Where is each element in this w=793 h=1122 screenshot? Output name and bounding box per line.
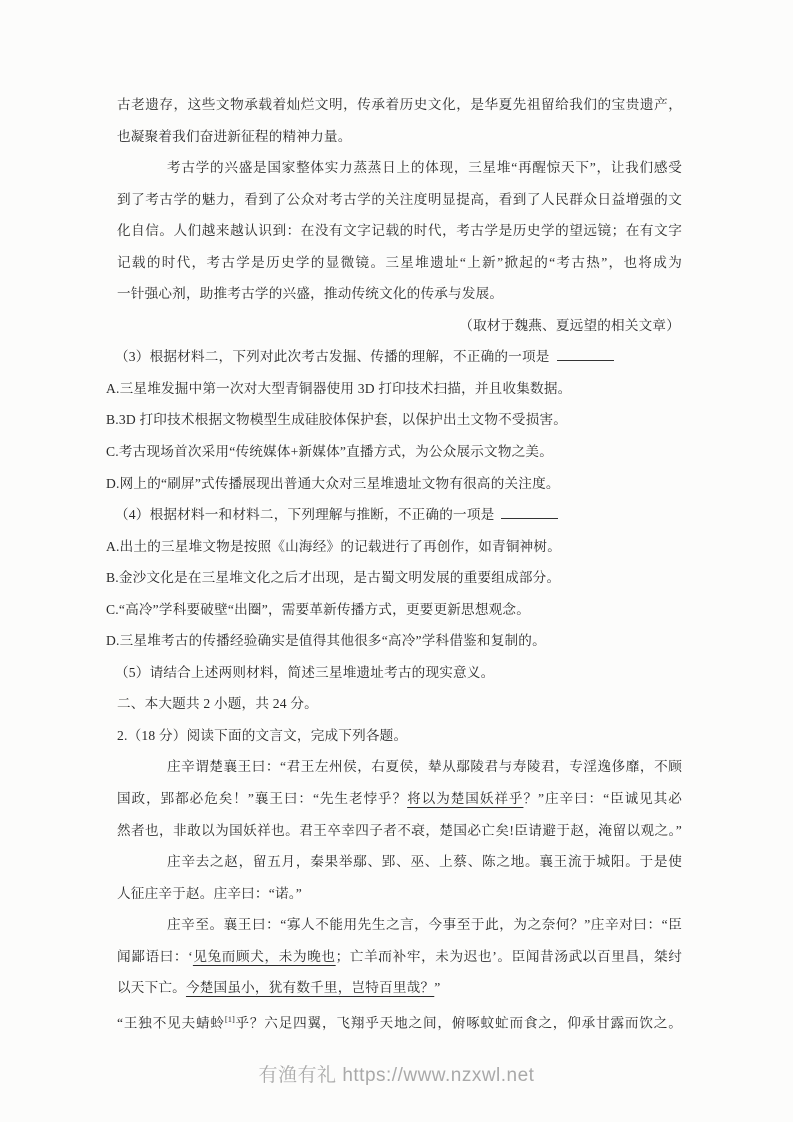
text-line: 古老遗存，这些文物承载着灿烂文明，传承着历史文化，是华夏先祖留给我们的宝贵遗产， — [106, 89, 682, 121]
text-segment: 也凝聚着我们奋进新征程的精神力量。 — [117, 129, 352, 144]
text-segment: 人征庄辛于赵。庄辛曰：“诺。” — [117, 886, 302, 901]
emphasis-dotted-char: 而 — [378, 949, 392, 964]
text-segment: （5）请结合上述两则材料，简述三星堆遗址考古的现实意义。 — [115, 665, 494, 680]
watermark-footer: 有渔有礼 https://www.nzxwl.net — [0, 1060, 793, 1087]
text-segment: （取材于魏燕、夏远望的相关文章） — [459, 318, 680, 333]
text-segment: A.三星堆发掘中第一次对大型青铜器使用 3D 打印技术扫描，并且收集数据。 — [106, 381, 571, 396]
text-segment: ” — [434, 980, 440, 995]
text-segment: 乎？六足四翼，飞翔乎天地之间，俯啄蚊虻而食之，仰承甘露而饮之。 — [235, 1015, 682, 1030]
text-line: 也凝聚着我们奋进新征程的精神力量。 — [106, 121, 682, 153]
underlined-text: 今楚国虽小，犹有数千里，岂特百里哉？ — [186, 980, 434, 995]
watermark-text: 有渔有礼 https://www.nzxwl.net — [259, 1065, 535, 1086]
answer-blank — [501, 504, 558, 519]
text-segment: B.金沙文化是在三星堆文化之后才出现，是古蜀文明发展的重要组成部分。 — [106, 570, 560, 585]
text-line: A.三星堆发掘中第一次对大型青铜器使用 3D 打印技术扫描，并且收集数据。 — [106, 373, 682, 405]
text-line: D.三星堆考古的传播经验确实是值得其他很多“高冷”学科借鉴和复制的。 — [106, 625, 682, 657]
text-segment: （4）根据材料一和材料二，下列理解与推断，不正确的一项是 — [115, 507, 494, 522]
text-line: A.出土的三星堆文物是按照《山海经》的记载进行了再创作，如青铜神树。 — [106, 531, 682, 563]
text-segment: 留以观之。” — [612, 823, 682, 838]
text-line: C.“高冷”学科要破壁“出圈”，需要革新传播方式，更要更新思想观念。 — [106, 594, 682, 626]
underlined-text: 见兔而顾犬，未为晚也 — [193, 949, 336, 964]
answer-blank — [557, 346, 614, 361]
text-segment: 到了考古学的魅力，看到了公众对考古学的关注度明显提高，看到了人民群众日益增强的文 — [117, 192, 682, 207]
text-line: 到了考古学的魅力，看到了公众对考古学的关注度明显提高，看到了人民群众日益增强的文 — [106, 184, 682, 216]
text-line: （5）请结合上述两则材料，简述三星堆遗址考古的现实意义。 — [106, 657, 682, 689]
text-segment: ，楚国必亡矣!臣请避于赵， — [425, 823, 598, 838]
text-segment: D.网上的“刷屏”式传播展现出普通大众对三星堆遗址文物有很高的关注度。 — [106, 476, 560, 491]
text-segment: 以天下亡。 — [117, 980, 186, 995]
text-segment: 闻鄙语曰：‘ — [117, 949, 193, 964]
text-segment: 二、本大题共 2 小题，共 24 分。 — [117, 696, 318, 711]
text-segment: ；亡羊 — [336, 949, 379, 964]
emphasis-dotted-char: 以 — [583, 949, 597, 964]
text-line: 人征庄辛于赵。庄辛曰：“诺。” — [106, 878, 682, 910]
text-segment: 然者也，非敢以为国妖祥也。君王卒幸四子者不 — [117, 823, 411, 838]
text-line: 闻鄙语曰：‘见兔而顾犬，未为晚也；亡羊而补牢，未为迟也’。臣闻昔汤武以百里昌，桀… — [106, 941, 682, 973]
document-lines: 古老遗存，这些文物承载着灿烂文明，传承着历史文化，是华夏先祖留给我们的宝贵遗产，… — [106, 89, 682, 1035]
text-line: C.考古现场首次采用“传统媒体+新媒体”直播方式，为公众展示文物之美。 — [106, 436, 682, 468]
text-segment: A.出土的三星堆文物是按照《山海经》的记载进行了再创作，如青铜神树。 — [106, 539, 561, 554]
text-segment: B.3D 打印技术根据文物模型生成硅胶体保护套，以保护出土文物不受损害。 — [106, 412, 567, 427]
text-segment: （3）根据材料二，下列对此次考古发掘、传播的理解，不正确的一项是 — [115, 349, 550, 364]
text-line: （取材于魏燕、夏远望的相关文章） — [106, 310, 682, 342]
underlined-text: 将以为楚国妖祥乎 — [407, 791, 523, 806]
text-line: 考古学的兴盛是国家整体实力蒸蒸日上的体现，三星堆“再醒惊天下”，让我们感受 — [106, 152, 682, 184]
text-line: 庄辛去之赵，留五月，秦果举鄢、郢、巫、上蔡、陈之地。襄王流于城阳。于是使 — [106, 846, 682, 878]
text-segment: 庄辛至。襄王曰：“寡人不能用先生之言，今事至于此，为之奈何？”庄辛对曰：“臣 — [167, 917, 682, 932]
text-segment: 国政，郢都必危矣！”襄王曰：“先生老悖乎？ — [117, 791, 407, 806]
text-segment: 庄辛谓楚襄王曰：“君王左州侯，右夏侯，辇从鄢陵君与寿陵君，专淫逸侈靡，不顾 — [167, 759, 682, 774]
text-line: 庄辛至。襄王曰：“寡人不能用先生之言，今事至于此，为之奈何？”庄辛对曰：“臣 — [106, 909, 682, 941]
text-line: 一针强心剂，助推考古学的兴盛，推动传统文化的传承与发展。 — [106, 278, 682, 310]
text-line: （3）根据材料二，下列对此次考古发掘、传播的理解，不正确的一项是 — [106, 341, 682, 373]
text-segment: 补牢，未为迟也’。臣闻昔汤武 — [393, 949, 583, 964]
text-segment: 百里昌，桀纣 — [597, 949, 682, 964]
text-segment: “王独不见夫蜻蛉 — [117, 1015, 225, 1030]
text-segment: ？”庄辛曰：“臣诚见其必 — [523, 791, 682, 806]
text-line: 然者也，非敢以为国妖祥也。君王卒幸四子者不衰，楚国必亡矣!臣请避于赵，淹留以观之… — [106, 815, 682, 847]
text-line: 庄辛谓楚襄王曰：“君王左州侯，右夏侯，辇从鄢陵君与寿陵君，专淫逸侈靡，不顾 — [106, 751, 682, 783]
text-line: 二、本大题共 2 小题，共 24 分。 — [106, 688, 682, 720]
emphasis-dotted-char: 淹 — [598, 823, 612, 838]
text-segment: 2.（18 分）阅读下面的文言文，完成下列各题。 — [117, 728, 407, 743]
text-line: B.3D 打印技术根据文物模型生成硅胶体保护套，以保护出土文物不受损害。 — [106, 404, 682, 436]
text-line: 2.（18 分）阅读下面的文言文，完成下列各题。 — [106, 720, 682, 752]
text-line: （4）根据材料一和材料二，下列理解与推断，不正确的一项是 — [106, 499, 682, 531]
text-segment: C.“高冷”学科要破壁“出圈”，需要革新传播方式，更要更新思想观念。 — [106, 602, 530, 617]
text-line: 国政，郢都必危矣！”襄王曰：“先生老悖乎？将以为楚国妖祥乎？”庄辛曰：“臣诚见其… — [106, 783, 682, 815]
exam-paper-page: 古老遗存，这些文物承载着灿烂文明，传承着历史文化，是华夏先祖留给我们的宝贵遗产，… — [0, 0, 793, 1122]
text-segment: 一针强心剂，助推考古学的兴盛，推动传统文化的传承与发展。 — [117, 286, 503, 301]
text-segment: C.考古现场首次采用“传统媒体+新媒体”直播方式，为公众展示文物之美。 — [106, 444, 553, 459]
text-line: D.网上的“刷屏”式传播展现出普通大众对三星堆遗址文物有很高的关注度。 — [106, 468, 682, 500]
text-line: 化自信。人们越来越认识到：在没有文字记载的时代，考古学是历史学的望远镜；在有文字 — [106, 215, 682, 247]
text-segment: 考古学的兴盛是国家整体实力蒸蒸日上的体现，三星堆“再醒惊天下”，让我们感受 — [167, 160, 682, 175]
text-line: “王独不见夫蜻蛉[1]乎？六足四翼，飞翔乎天地之间，俯啄蚊虻而食之，仰承甘露而饮… — [106, 1004, 682, 1036]
text-segment: 化自信。人们越来越认识到：在没有文字记载的时代，考古学是历史学的望远镜；在有文字 — [117, 223, 682, 238]
footnote-marker: [1] — [225, 1014, 235, 1024]
text-segment: 庄辛去之赵，留五月，秦果举鄢、郢、巫、上蔡、陈之地。襄王流于城阳。于是使 — [167, 854, 682, 869]
text-line: 以天下亡。今楚国虽小，犹有数千里，岂特百里哉？” — [106, 972, 682, 1004]
text-line: 记载的时代，考古学是历史学的显微镜。三星堆遗址“上新”掀起的“考古热”，也将成为 — [106, 247, 682, 279]
text-segment: D.三星堆考古的传播经验确实是值得其他很多“高冷”学科借鉴和复制的。 — [106, 633, 546, 648]
text-segment: 古老遗存，这些文物承载着灿烂文明，传承着历史文化，是华夏先祖留给我们的宝贵遗产， — [117, 97, 682, 112]
emphasis-dotted-char: 衰 — [411, 823, 425, 838]
text-segment: 记载的时代，考古学是历史学的显微镜。三星堆遗址“上新”掀起的“考古热”，也将成为 — [117, 255, 682, 270]
text-line: B.金沙文化是在三星堆文化之后才出现，是古蜀文明发展的重要组成部分。 — [106, 562, 682, 594]
